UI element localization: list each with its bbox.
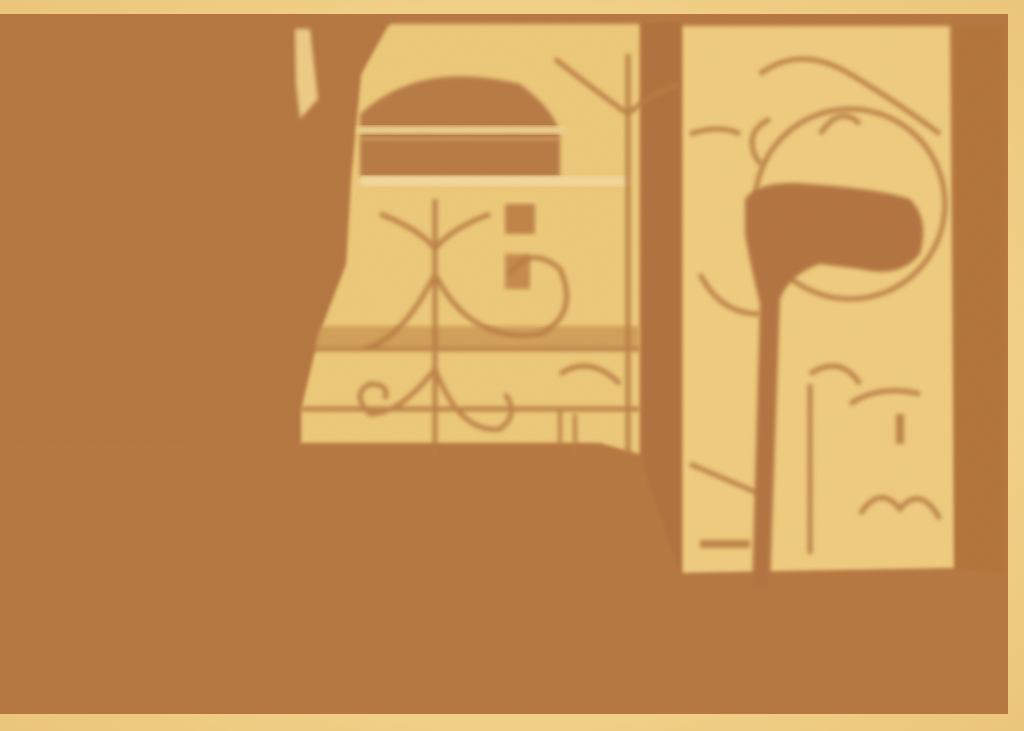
sepia-photograph [0, 0, 1024, 731]
photo-scene [0, 14, 1008, 714]
print-area [0, 14, 1008, 714]
